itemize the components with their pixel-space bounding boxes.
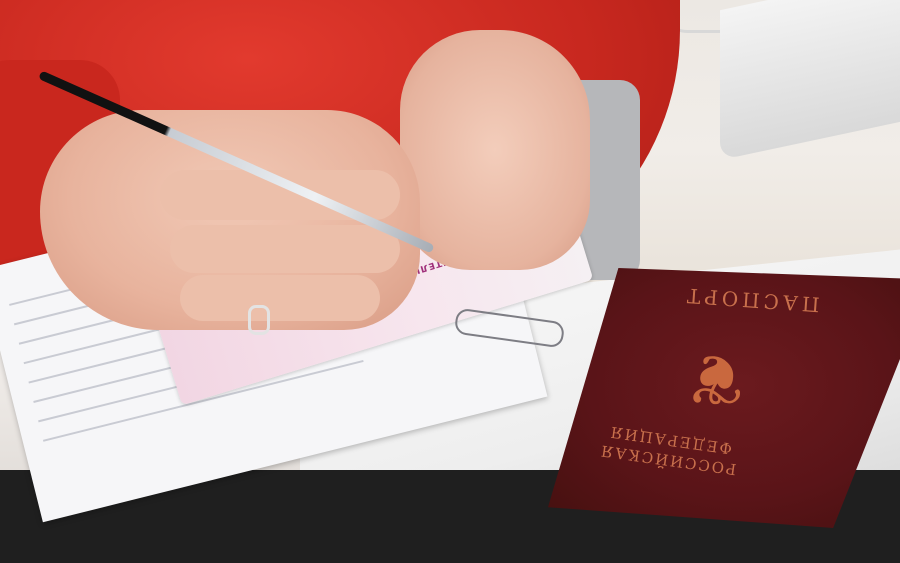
finger	[180, 275, 380, 321]
finger	[170, 225, 400, 273]
wedding-ring	[248, 305, 270, 335]
russian-passport: ПАСПОРТ ❦ РОССИЙСКАЯ ФЕДЕРАЦИЯ	[548, 268, 900, 528]
right-hand	[400, 30, 590, 270]
photo-scene: ВОДИТЕЛЬСКОЕ УДОСТОВЕРЕНИЕ ПАСПОРТ ❦ РОС…	[0, 0, 900, 563]
double-headed-eagle-icon: ❦	[653, 330, 779, 428]
